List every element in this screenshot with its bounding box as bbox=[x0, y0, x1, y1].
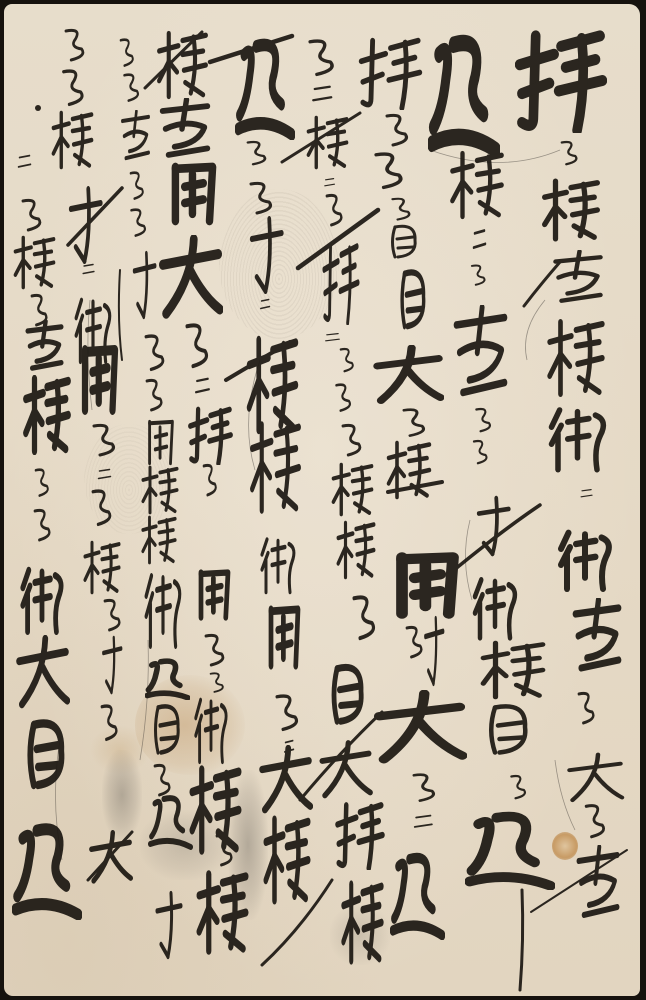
text-column: 拝啓 秋涼之時節ニ御坐候処 貴 bbox=[545, 28, 605, 968]
text-column: 尊様ニも益々御清健ニ被成御起 bbox=[450, 28, 510, 968]
text-column: 居被遊候由 目出度奉賀候 陳者小生大阪ニ滞 bbox=[375, 28, 435, 968]
text-column: 一 此段早筆 御伺迄 bbox=[8, 28, 68, 968]
text-column: 遠迄わ来候様子 御聞及ニ承存 bbox=[235, 28, 295, 968]
text-column: 然ハ本年二十年ニの者 書備へん相成 秋山邦 bbox=[300, 28, 360, 968]
text-column: もとより其下候ハヽ 其様様御心配無之 上 bbox=[115, 28, 175, 968]
text-column: 君母殿頂戴致スヘ斗リニテ 可被下 御承知被成下様 bbox=[168, 28, 228, 968]
transcription-layer: 拝啓 秋涼之時節ニ御坐候処 貴 尊様ニも益々御清健ニ被成御起 居被遊候由 目出度… bbox=[0, 0, 646, 1000]
